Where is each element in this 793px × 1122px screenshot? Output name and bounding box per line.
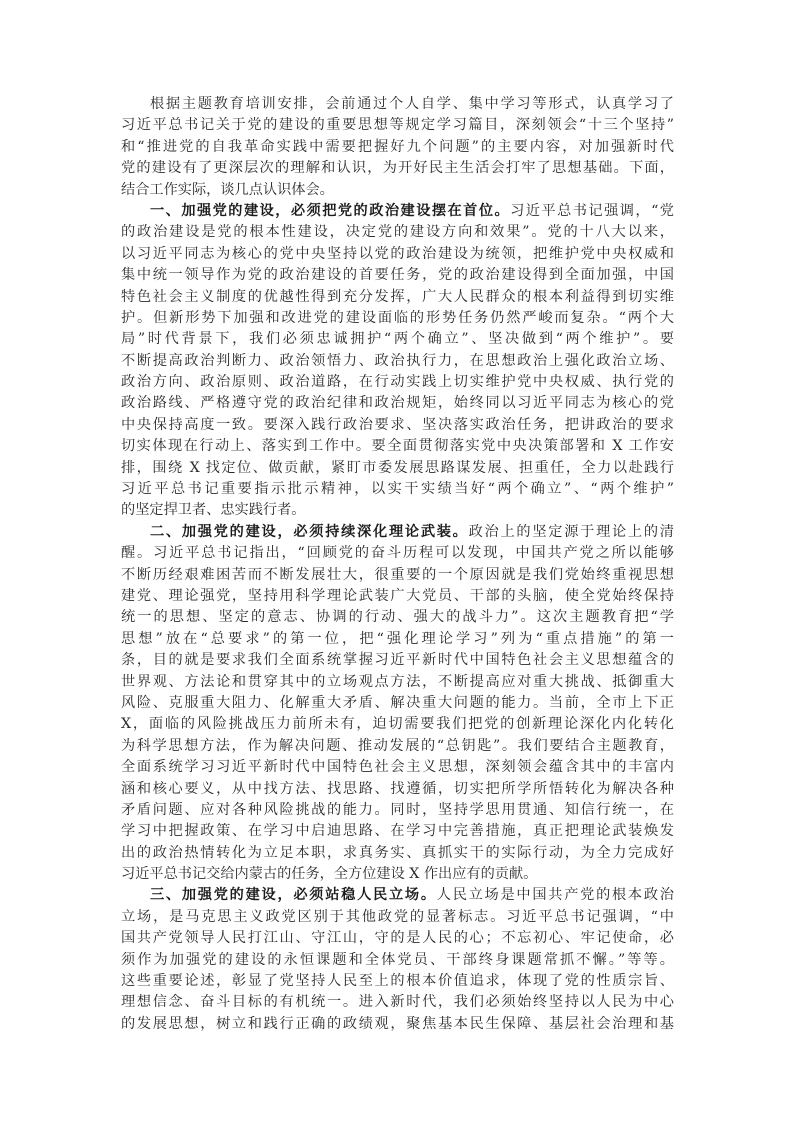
text-line: 以习近平同志为核心的党中央坚持以党的政治建设为统领，把维护党中央权威和	[121, 244, 674, 265]
text-line: 出的政治热情转化为立足本职，求真务实、真抓实干的实际行动，为全力完成好	[121, 843, 674, 864]
text-line: 习近平总书记关于党的建设的重要思想等规定学习篇目，深刻领会“十三个坚持”	[121, 115, 674, 136]
section-heading: 一、加强党的建设，必须把党的政治建设摆在首位。	[150, 203, 510, 219]
text-line: 思想”放在“总要求”的第一位，把“强化理论学习”列为“重点措施”的第一	[121, 629, 674, 650]
document-page: 根据主题教育培训安排，会前通过个人自学、集中学习等形式，认真学习了 习近平总书记…	[121, 94, 674, 1035]
text-line: 政治方向、政治原则、政治道路，在行动实践上切实维护党中央权威、执行党的	[121, 372, 674, 393]
text-line: 护。但新形势下加强和改进党的建设面临的形势任务仍然严峻而复杂。“两个大	[121, 308, 674, 329]
text-line: 矛盾问题、应对各种风险挑战的能力。同时，坚持学思用贯通、知信行统一，在	[121, 800, 674, 821]
text-line: 切实体现在行动上、落实到工作中。要全面贯彻落实党中央决策部署和 X 工作安	[121, 436, 674, 457]
text-line: 局”时代背景下，我们必须忠诚拥护“两个确立”、坚决做到“两个维护”。要	[121, 329, 674, 350]
section-heading: 二、加强党的建设，必须持续深化理论武装。	[150, 524, 469, 540]
text-line: 习近平总书记重要指示批示精神，以实干实绩当好“两个确立”、“两个维护”	[121, 479, 674, 500]
section-3-paragraph: 三、加强党的建设，必须站稳人民立场。人民立场是中国共产党的根本政治 立场，是马克…	[121, 885, 674, 1035]
text-line: 条，目的就是要求我们全面系统掌握习近平新时代中国特色社会主义思想蕴含的	[121, 650, 674, 671]
text-line: 立场，是马克思主义政党区别于其他政党的显著标志。习近平总书记强调，“中	[121, 907, 674, 928]
text-line: X，面临的风险挑战压力前所未有，迫切需要我们把党的创新理论深化内化转化	[121, 714, 674, 735]
text-line: 理想信念、奋斗目标的有机统一。进入新时代，我们必须始终坚持以人民为中心	[121, 992, 674, 1013]
text-line: 的发展思想，树立和践行正确的政绩观，聚焦基本民生保障、基层社会治理和基	[121, 1014, 674, 1035]
section-heading-line: 三、加强党的建设，必须站稳人民立场。人民立场是中国共产党的根本政治	[121, 885, 674, 906]
text-line: 中央保持高度一致。要深入践行政治要求、坚决落实政治任务，把讲政治的要求	[121, 415, 674, 436]
text-line: 这些重要论述，彰显了党坚持人民至上的根本价值追求，体现了党的性质宗旨、	[121, 971, 674, 992]
text-line: 政治路线、严格遵守党的政治纪律和政治规矩，始终同以习近平同志为核心的党	[121, 393, 674, 414]
section-heading: 三、加强党的建设，必须站稳人民立场。	[150, 887, 437, 903]
text-line: 不断历经艰难困苦而不断发展壮大，很重要的一个原因就是我们党始终重视思想	[121, 565, 674, 586]
text-line: 特色社会主义制度的优越性得到充分发挥，广大人民群众的根本利益得到切实维	[121, 287, 674, 308]
section-heading-line: 二、加强党的建设，必须持续深化理论武装。政治上的坚定源于理论上的清	[121, 522, 674, 543]
text-line: 须作为加强党的建设的永恒课题和全体党员、干部终身课题常抓不懈。”等等。	[121, 950, 674, 971]
heading-rest: 习近平总书记强调，“党	[510, 203, 674, 219]
intro-paragraph: 根据主题教育培训安排，会前通过个人自学、集中学习等形式，认真学习了 习近平总书记…	[121, 94, 674, 201]
text-line: 集中统一领导作为党的政治建设的首要任务，党的政治建设得到全面加强，中国	[121, 265, 674, 286]
heading-rest: 人民立场是中国共产党的根本政治	[437, 887, 674, 903]
text-line: 学习中把握政策、在学习中启迪思路、在学习中完善措施，真正把理论武装焕发	[121, 821, 674, 842]
section-1-paragraph: 一、加强党的建设，必须把党的政治建设摆在首位。习近平总书记强调，“党 的政治建设…	[121, 201, 674, 522]
text-line: 不断提高政治判断力、政治领悟力、政治执行力，在思想政治上强化政治立场、	[121, 351, 674, 372]
heading-rest: 政治上的坚定源于理论上的清	[469, 524, 674, 540]
section-heading-line: 一、加强党的建设，必须把党的政治建设摆在首位。习近平总书记强调，“党	[121, 201, 674, 222]
text-line: 全面系统学习习近平新时代中国特色社会主义思想，深刻领会蕴含其中的丰富内	[121, 757, 674, 778]
text-line: 统一的思想、坚定的意志、协调的行动、强大的战斗力”。这次主题教育把“学	[121, 607, 674, 628]
text-line: 建党、理论强党，坚持用科学理论武装广大党员、干部的头脑，使全党始终保持	[121, 586, 674, 607]
text-line: 的政治建设是党的根本性建设，决定党的建设方向和效果”。党的十八大以来，	[121, 222, 674, 243]
text-line: 醒。习近平总书记指出，“回顾党的奋斗历程可以发现，中国共产党之所以能够	[121, 543, 674, 564]
text-line: 和“推进党的自我革命实践中需要把握好九个问题”的主要内容，对加强新时代	[121, 137, 674, 158]
text-line: 风险、克服重大阻力、化解重大矛盾、解决重大问题的能力。当前，全市上下正	[121, 693, 674, 714]
section-2-paragraph: 二、加强党的建设，必须持续深化理论武装。政治上的坚定源于理论上的清 醒。习近平总…	[121, 522, 674, 886]
text-line: 涵和核心要义，从中找方法、找思路、找遵循，切实把所学所悟转化为解决各种	[121, 779, 674, 800]
text-line: 习近平总书记交给内蒙古的任务，全方位建设 X 作出应有的贡献。	[121, 864, 674, 885]
text-line: 世界观、方法论和贯穿其中的立场观点方法，不断提高应对重大挑战、抵御重大	[121, 672, 674, 693]
text-line: 结合工作实际，谈几点认识体会。	[121, 180, 674, 201]
text-line: 排，围绕 X 找定位、做贡献，紧盯市委发展思路谋发展、担重任，全力以赴践行	[121, 458, 674, 479]
text-line: 党的建设有了更深层次的理解和认识，为开好民主生活会打牢了思想基础。下面，	[121, 158, 674, 179]
text-line: 国共产党领导人民打江山、守江山，守的是人民的心；不忘初心、牢记使命，必	[121, 928, 674, 949]
text-line: 的坚定捍卫者、忠实践行者。	[121, 500, 674, 521]
text-line: 根据主题教育培训安排，会前通过个人自学、集中学习等形式，认真学习了	[121, 94, 674, 115]
text-line: 为科学思想方法，作为解决问题、推动发展的“总钥匙”。我们要结合主题教育，	[121, 736, 674, 757]
